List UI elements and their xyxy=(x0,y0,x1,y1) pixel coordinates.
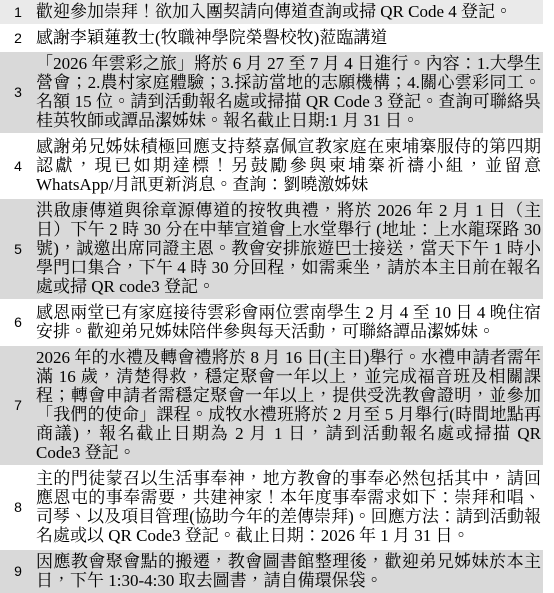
row-number: 4 xyxy=(0,137,36,194)
announcement-text: 因應教會聚會點的搬遷，教會圖書館整理後，歡迎弟兄姊妹於本主日，下午 1:30-4… xyxy=(36,552,543,590)
announcement-text: 洪啟康傳道與徐章源傳道的按牧典禮，將於 2026 年 2 月 1 日（主日）下午… xyxy=(36,201,543,296)
announcement-text: 2026 年的水禮及轉會禮將於 8 月 16 日(主日)舉行。水禮申請者需年滿 … xyxy=(36,348,543,462)
announcement-text: 感謝李穎蓮教士(牧職神學院榮譽校牧)蒞臨講道 xyxy=(36,28,543,47)
announcement-row-3: 3 「2026 年雲彩之旅」將於 6 月 27 至 7 月 4 日進行。內容：1… xyxy=(0,52,543,135)
row-number: 1 xyxy=(0,2,36,21)
row-number: 2 xyxy=(0,28,36,47)
row-number: 3 xyxy=(0,54,36,130)
announcement-row-6: 6 感恩兩堂已有家庭接待雲彩會兩位雲南學生 2 月 4 至 10 日 4 晚住宿… xyxy=(0,301,543,346)
announcement-text: 感謝弟兄姊妹積極回應支持蔡嘉佩宣教家庭在柬埔寨服侍的第四期認獻，現已如期達標！另… xyxy=(36,137,543,194)
row-number: 8 xyxy=(0,469,36,545)
row-number: 5 xyxy=(0,201,36,296)
announcement-row-1: 1 歡迎參加崇拜！欲加入團契請向傳道查詢或掃 QR Code 4 登記。 xyxy=(0,0,543,26)
announcement-row-4: 4 感謝弟兄姊妹積極回應支持蔡嘉佩宣教家庭在柬埔寨服侍的第四期認獻，現已如期達標… xyxy=(0,135,543,199)
announcement-text: 感恩兩堂已有家庭接待雲彩會兩位雲南學生 2 月 4 至 10 日 4 晚住宿安排… xyxy=(36,303,543,341)
announcement-text: 主的門徒蒙召以生活事奉神，地方教會的事奉必然包括其中，請回應恩屯的事奉需要，共建… xyxy=(36,469,543,545)
announcement-text: 「2026 年雲彩之旅」將於 6 月 27 至 7 月 4 日進行。內容：1.大… xyxy=(36,54,543,130)
row-number: 9 xyxy=(0,552,36,590)
row-number: 6 xyxy=(0,303,36,341)
announcement-row-8: 8 主的門徒蒙召以生活事奉神，地方教會的事奉必然包括其中，請回應恩屯的事奉需要，… xyxy=(0,467,543,550)
announcement-text: 歡迎參加崇拜！欲加入團契請向傳道查詢或掃 QR Code 4 登記。 xyxy=(36,2,543,21)
announcement-row-9: 9 因應教會聚會點的搬遷，教會圖書館整理後，歡迎弟兄姊妹於本主日，下午 1:30… xyxy=(0,550,543,593)
row-number: 7 xyxy=(0,348,36,462)
announcements-table: 1 歡迎參加崇拜！欲加入團契請向傳道查詢或掃 QR Code 4 登記。 2 感… xyxy=(0,0,543,593)
announcement-row-2: 2 感謝李穎蓮教士(牧職神學院榮譽校牧)蒞臨講道 xyxy=(0,26,543,52)
announcement-row-7: 7 2026 年的水禮及轉會禮將於 8 月 16 日(主日)舉行。水禮申請者需年… xyxy=(0,346,543,467)
announcement-row-5: 5 洪啟康傳道與徐章源傳道的按牧典禮，將於 2026 年 2 月 1 日（主日）… xyxy=(0,199,543,301)
